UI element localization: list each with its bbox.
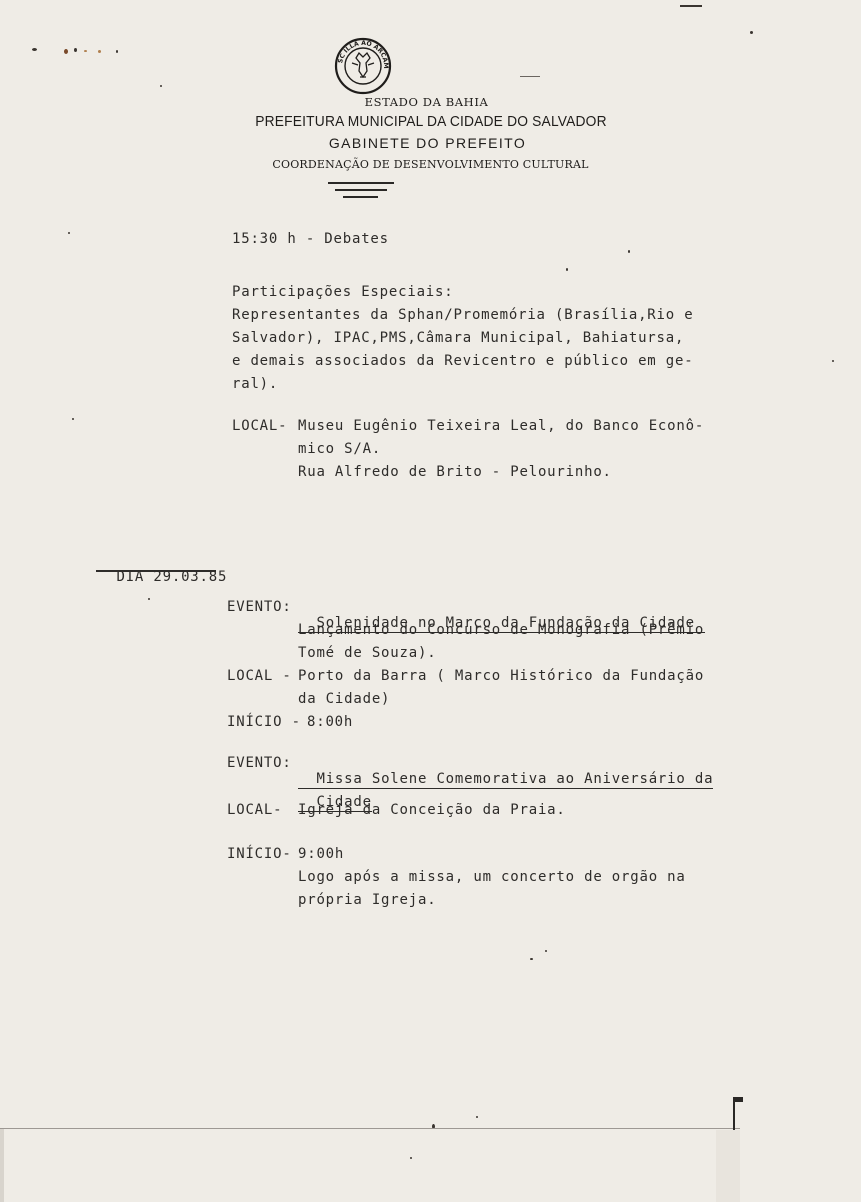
- session-local-label: LOCAL-: [232, 418, 287, 434]
- scan-speck: [530, 958, 533, 960]
- letterhead-department: COORDENAÇÃO DE DESENVOLVIMENTO CULTURAL: [0, 158, 861, 171]
- letterhead-municipality: PREFEITURA MUNICIPAL DA CIDADE DO SALVAD…: [0, 113, 861, 130]
- event-detail: própria Igreja.: [298, 892, 436, 908]
- event-local-label: LOCAL -: [227, 668, 292, 684]
- letterhead-office: GABINETE DO PREFEITO: [0, 135, 858, 151]
- event-detail: Logo após a missa, um concerto de orgão …: [298, 869, 686, 885]
- event-title-text: Missa Solene Comemorativa ao Aniversário…: [316, 771, 713, 787]
- scan-speck: [680, 5, 702, 7]
- scan-speck: [74, 48, 77, 52]
- scan-speck: [410, 1157, 412, 1159]
- event-start-label: INÍCIO -: [227, 714, 301, 730]
- letterhead-divider: [343, 196, 378, 198]
- day-date-heading: DIA 29.03.85: [98, 553, 227, 585]
- scan-speck: [832, 360, 834, 362]
- event-start-time: 8:00h: [307, 714, 353, 730]
- event-detail: Lançamento do Concurso de Monografia (Pr…: [298, 622, 704, 638]
- scan-speck: [545, 950, 547, 952]
- session-local-line: mico S/A.: [298, 441, 381, 457]
- event-local-line: Igreja da Conceição da Praia.: [298, 802, 566, 818]
- event-start-time: 9:00h: [298, 846, 344, 862]
- scan-speck: [148, 598, 150, 600]
- participants-line: e demais associados da Revicentro e públ…: [232, 353, 693, 369]
- session-time: 15:30 h - Debates: [232, 231, 389, 247]
- scan-speck: [68, 232, 70, 234]
- scan-speck: [476, 1116, 478, 1118]
- letterhead-state: ESTADO DA BAHIA: [0, 95, 857, 109]
- letterhead-divider: [328, 182, 394, 184]
- scan-speck: [520, 76, 540, 77]
- event-local-label: LOCAL-: [227, 802, 282, 818]
- scan-speck: [116, 50, 118, 53]
- participants-heading: Participações Especiais:: [232, 284, 454, 300]
- participants-line: Representantes da Sphan/Promemória (Bras…: [232, 307, 693, 323]
- event-label: EVENTO:: [227, 755, 292, 771]
- event-detail: Tomé de Souza).: [298, 645, 436, 661]
- event-local-line: da Cidade): [298, 691, 390, 707]
- scan-speck: [750, 31, 753, 34]
- scan-fold-shadow: [716, 1130, 740, 1202]
- page-corner-mark: [735, 1097, 743, 1102]
- participants-line: ral).: [232, 376, 278, 392]
- scan-speck: [84, 50, 87, 52]
- scan-speck: [628, 250, 630, 253]
- city-seal-icon: SC ILLA AO ARCAM REVERSA EST: [334, 37, 392, 95]
- letterhead-divider: [335, 189, 387, 191]
- scan-speck: [64, 49, 68, 54]
- scan-speck: [566, 268, 568, 271]
- session-local-line: Rua Alfredo de Brito - Pelourinho.: [298, 464, 612, 480]
- participants-line: Salvador), IPAC,PMS,Câmara Municipal, Ba…: [232, 330, 684, 346]
- scan-speck: [32, 48, 37, 51]
- event-start-label: INÍCIO-: [227, 846, 292, 862]
- scan-speck: [72, 418, 74, 420]
- page-fold-line: [0, 1128, 740, 1129]
- scan-edge-shadow: [0, 1128, 4, 1202]
- scan-speck: [160, 85, 162, 87]
- scan-speck: [98, 50, 101, 53]
- event-label: EVENTO:: [227, 599, 292, 615]
- event-local-line: Porto da Barra ( Marco Histórico da Fund…: [298, 668, 704, 684]
- session-local-line: Museu Eugênio Teixeira Leal, do Banco Ec…: [298, 418, 704, 434]
- day-date-underline: [96, 570, 216, 572]
